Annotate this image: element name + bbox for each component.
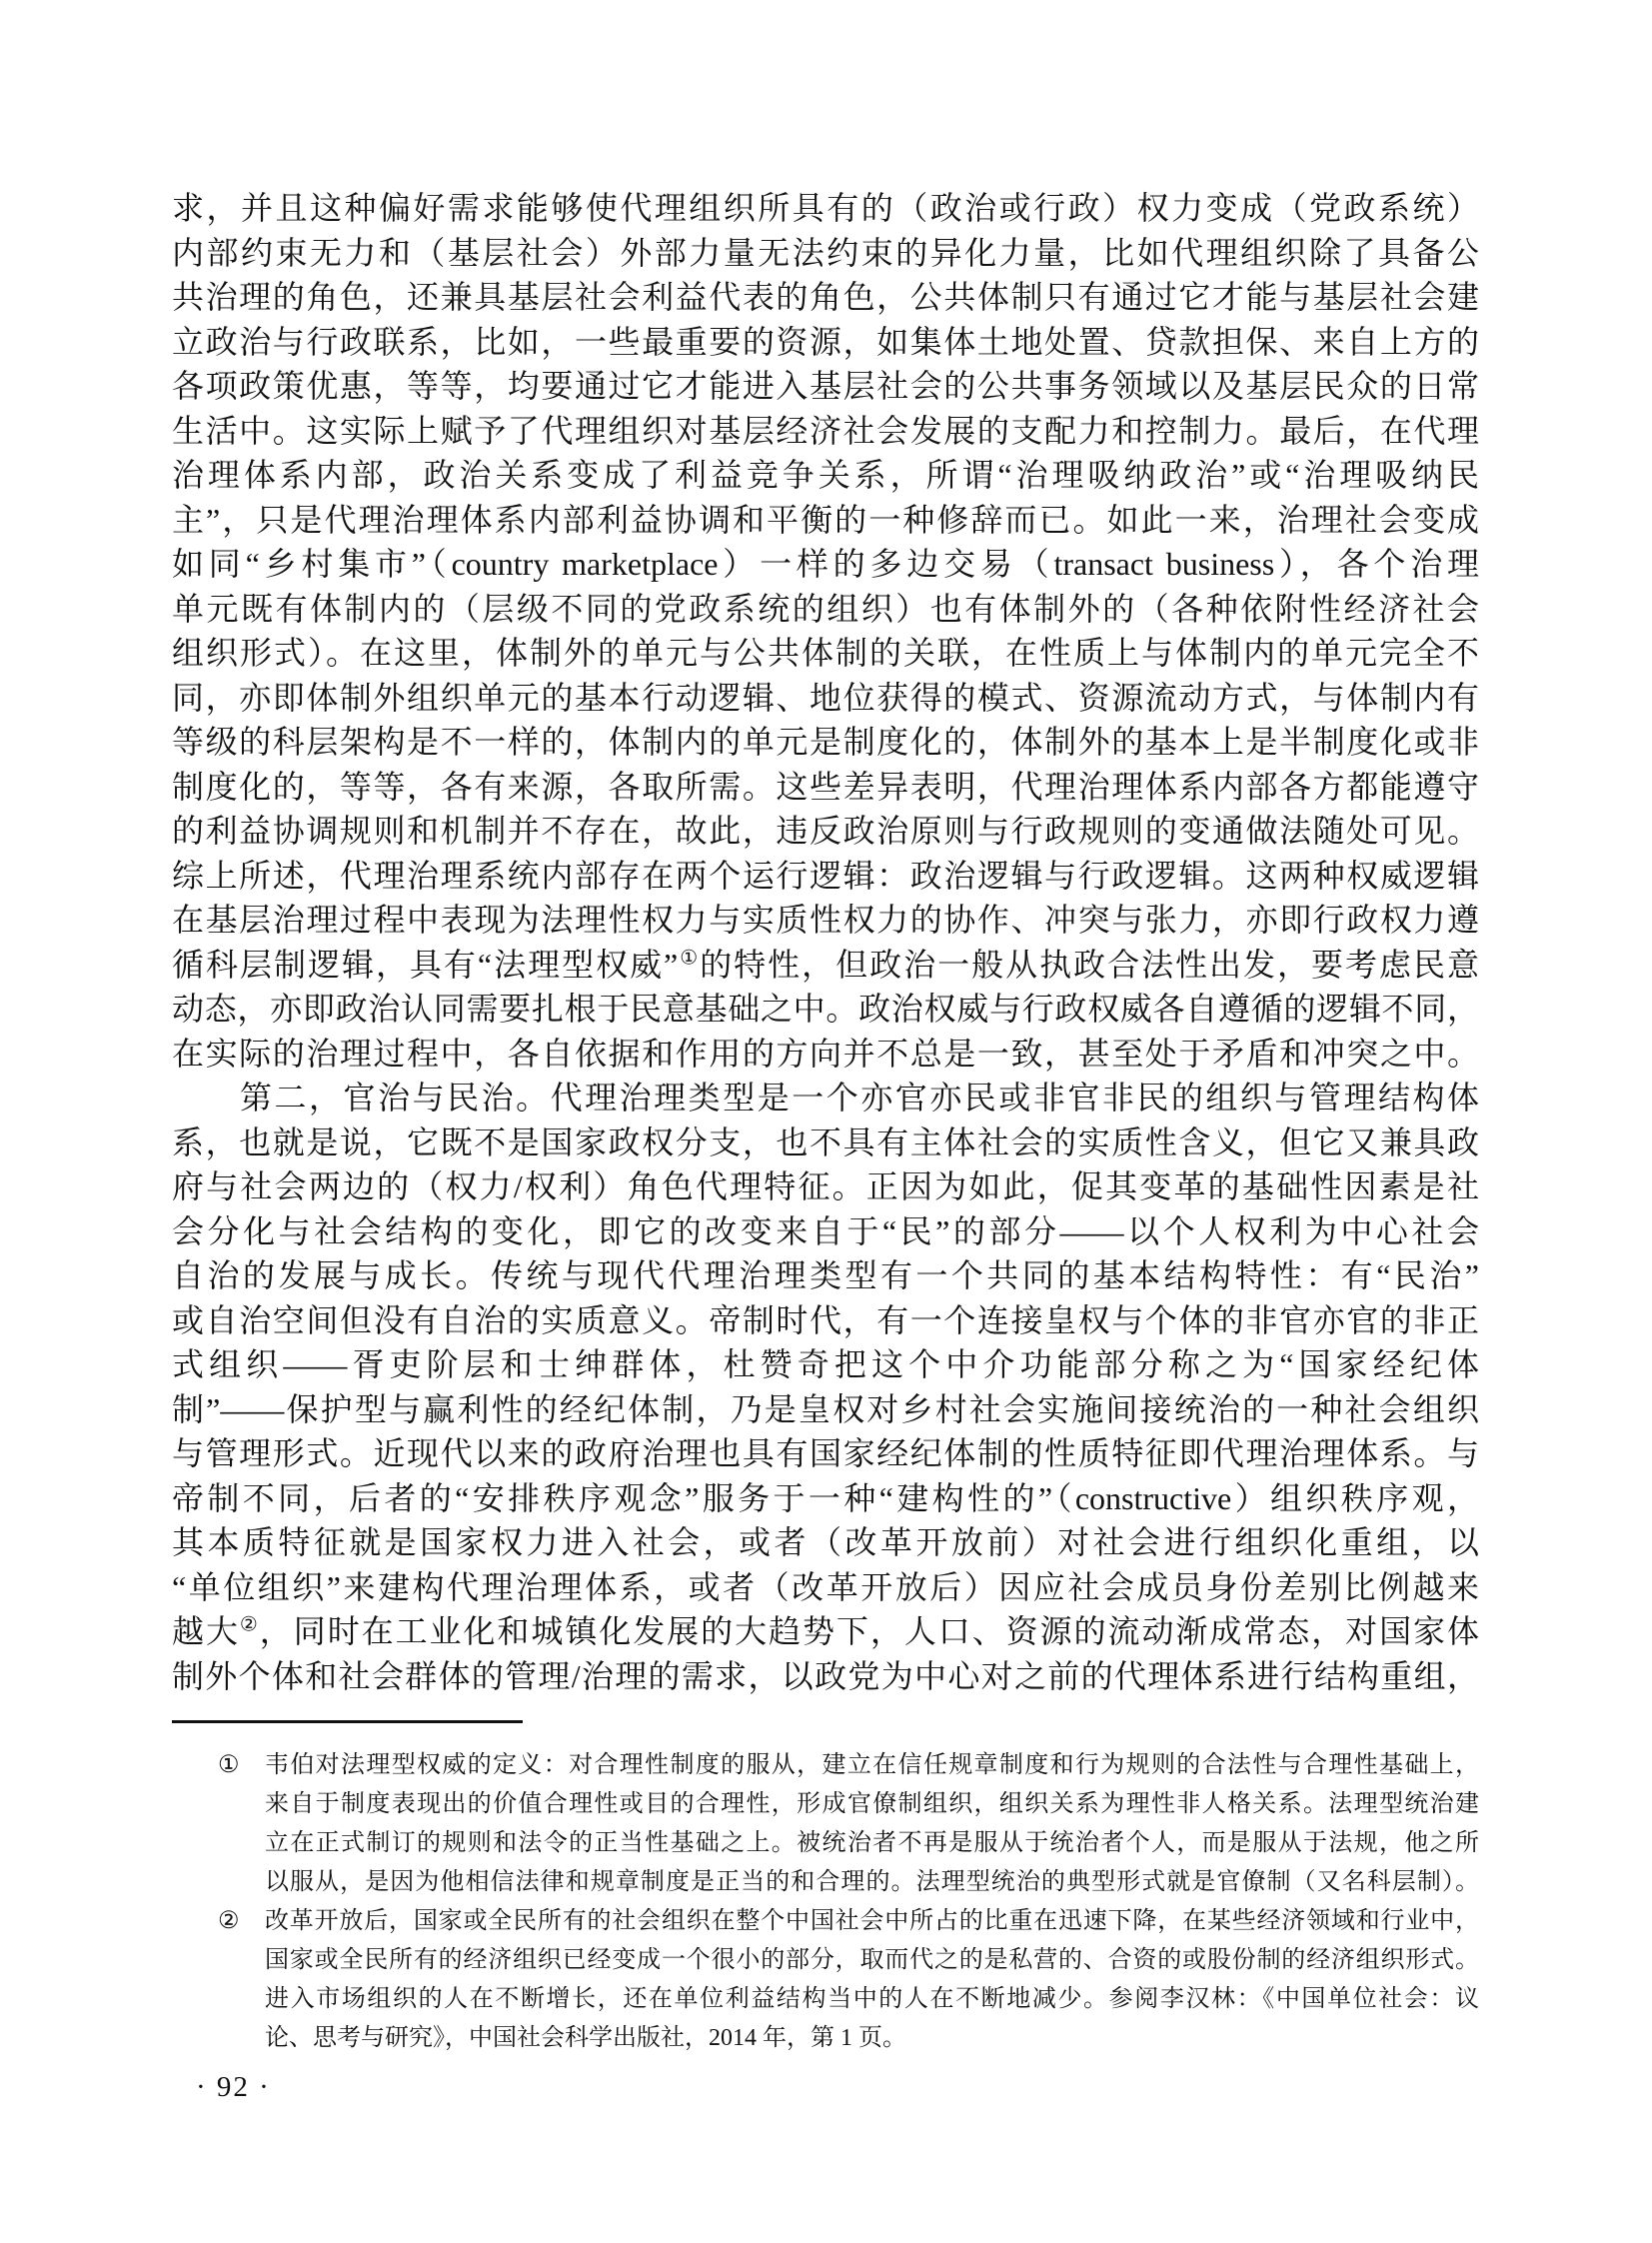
- body-line: 制度化的，等等，各有来源，各取所需。这些差异表明，代理治理体系内部各方都能遵守: [172, 765, 1479, 810]
- footnote-reference-mark: ②: [240, 1613, 260, 1635]
- body-line-text: ，同时在工业化和城镇化发展的大趋势下，人口、资源的流动渐成常态，对国家体: [260, 1613, 1479, 1649]
- body-line: 如同“乡村集市”（country marketplace）一样的多边交易（tra…: [172, 542, 1479, 587]
- body-line-text: 循科层制逻辑，具有“法理型权威”: [172, 947, 678, 983]
- body-line-text: 制度化的，等等，各有来源，各取所需。这些差异表明，代理治理体系内部各方都能遵守: [172, 769, 1479, 805]
- body-line-text: 或自治空间但没有自治的实质意义。帝制时代，有一个连接皇权与个体的非官亦官的非正: [172, 1302, 1479, 1338]
- body-line-text: 在实际的治理过程中，各自依据和作用的方向并不总是一致，甚至处于矛盾和冲突之中。: [172, 1036, 1479, 1072]
- body-line: 其本质特征就是国家权力进入社会，或者（改革开放前）对社会进行组织化重组，以: [172, 1520, 1479, 1565]
- body-line-text: 组织形式）。在这里，体制外的单元与公共体制的关联，在性质上与体制内的单元完全不: [172, 635, 1479, 671]
- footnote-lines: 韦伯对法理型权威的定义：对合理性制度的服从，建立在信任规章制度和行为规则的合法性…: [265, 1746, 1479, 1902]
- body-line: 式组织——胥吏阶层和士绅群体，杜赞奇把这个中介功能部分称之为“国家经纪体: [172, 1342, 1479, 1387]
- body-line-text: 主”，只是代理治理体系内部利益协调和平衡的一种修辞而已。如此一来，治理社会变成: [172, 502, 1479, 538]
- footnote-lines: 改革开放后，国家或全民所有的社会组织在整个中国社会中所占的比重在迅速下降，在某些…: [265, 1902, 1479, 2058]
- footnote-line: 国家或全民所有的经济组织已经变成一个很小的部分，取而代之的是私营的、合资的或股份…: [265, 1941, 1479, 1980]
- body-line: 动态，亦即政治认同需要扎根于民意基础之中。政治权威与行政权威各自遵循的逻辑不同，: [172, 987, 1479, 1032]
- body-line: 与管理形式。近现代以来的政府治理也具有国家经纪体制的性质特征即代理治理体系。与: [172, 1431, 1479, 1476]
- body-line: 综上所述，代理治理系统内部存在两个运行逻辑：政治逻辑与行政逻辑。这两种权威逻辑: [172, 854, 1479, 899]
- footnote-marker: ②: [218, 1902, 265, 2058]
- body-line-text: 系，也就是说，它既不是国家政权分支，也不具有主体社会的实质性含义，但它又兼具政: [172, 1124, 1479, 1160]
- body-line: 主”，只是代理治理体系内部利益协调和平衡的一种修辞而已。如此一来，治理社会变成: [172, 498, 1479, 543]
- body-line: 立政治与行政联系，比如，一些最重要的资源，如集体土地处置、贷款担保、来自上方的: [172, 320, 1479, 365]
- body-line-text: 同，亦即体制外组织单元的基本行动逻辑、地位获得的模式、资源流动方式，与体制内有: [172, 680, 1479, 716]
- body-line: 系，也就是说，它既不是国家政权分支，也不具有主体社会的实质性含义，但它又兼具政: [172, 1121, 1479, 1165]
- footnote-line: 进入市场组织的人在不断增长，还在单位利益结构当中的人在不断地减少。参阅李汉林：《…: [265, 1980, 1479, 2019]
- body-line-text: 综上所述，代理治理系统内部存在两个运行逻辑：政治逻辑与行政逻辑。这两种权威逻辑: [172, 858, 1479, 894]
- body-line-text: 制”——保护型与赢利性的经纪体制，乃是皇权对乡村社会实施间接统治的一种社会组织: [172, 1391, 1479, 1427]
- body-line-text: 治理体系内部，政治关系变成了利益竞争关系，所谓“治理吸纳政治”或“治理吸纳民: [172, 457, 1479, 493]
- body-line-text: 内部约束无力和（基层社会）外部力量无法约束的异化力量，比如代理组织除了具备公: [172, 235, 1479, 271]
- footnote-marker: ①: [218, 1746, 265, 1902]
- body-line: 同，亦即体制外组织单元的基本行动逻辑、地位获得的模式、资源流动方式，与体制内有: [172, 676, 1479, 721]
- body-line: 制”——保护型与赢利性的经纪体制，乃是皇权对乡村社会实施间接统治的一种社会组织: [172, 1387, 1479, 1432]
- body-line: 内部约束无力和（基层社会）外部力量无法约束的异化力量，比如代理组织除了具备公: [172, 231, 1479, 276]
- body-line-text: 生活中。这实际上赋予了代理组织对基层经济社会发展的支配力和控制力。最后，在代理: [172, 413, 1479, 449]
- body-line-text: 的利益协调规则和机制并不存在，故此，违反政治原则与行政规则的变通做法随处可见。: [172, 813, 1479, 849]
- body-line-text: 帝制不同，后者的“安排秩序观念”服务于一种“建构性的”（constructive…: [172, 1480, 1479, 1516]
- body-line: 或自治空间但没有自治的实质意义。帝制时代，有一个连接皇权与个体的非官亦官的非正: [172, 1298, 1479, 1343]
- body-line: 帝制不同，后者的“安排秩序观念”服务于一种“建构性的”（constructive…: [172, 1476, 1479, 1521]
- page-number: · 92 ·: [196, 2071, 271, 2104]
- body-line-text: 单元既有体制内的（层级不同的党政系统的组织）也有体制外的（各种依附性经济社会: [172, 591, 1479, 627]
- body-line: “单位组织”来建构代理治理体系，或者（改革开放后）因应社会成员身份差别比例越来: [172, 1565, 1479, 1610]
- body-line: 循科层制逻辑，具有“法理型权威”①的特性，但政治一般从执政合法性出发，要考虑民意: [172, 943, 1479, 988]
- footnote-line: 改革开放后，国家或全民所有的社会组织在整个中国社会中所占的比重在迅速下降，在某些…: [265, 1902, 1479, 1941]
- footnote: ①韦伯对法理型权威的定义：对合理性制度的服从，建立在信任规章制度和行为规则的合法…: [218, 1746, 1479, 1902]
- body-line: 在基层治理过程中表现为法理性权力与实质性权力的协作、冲突与张力，亦即行政权力遵: [172, 898, 1479, 943]
- document-page: 求，并且这种偏好需求能够使代理组织所具有的（政治或行政）权力变成（党政系统）内部…: [0, 0, 1652, 2243]
- body-line-text: 求，并且这种偏好需求能够使代理组织所具有的（政治或行政）权力变成（党政系统）: [172, 190, 1479, 226]
- body-line-text: 制外个体和社会群体的管理/治理的需求，以政党为中心对之前的代理体系进行结构重组，: [172, 1658, 1479, 1694]
- footnote-line: 论、思考与研究》，中国社会科学出版社，2014 年，第 1 页。: [265, 2019, 1479, 2058]
- body-line: 的利益协调规则和机制并不存在，故此，违反政治原则与行政规则的变通做法随处可见。: [172, 809, 1479, 854]
- body-line-text: 各项政策优惠，等等，均要通过它才能进入基层社会的公共事务领域以及基层民众的日常: [172, 368, 1479, 404]
- body-line-text: 其本质特征就是国家权力进入社会，或者（改革开放前）对社会进行组织化重组，以: [172, 1524, 1479, 1560]
- body-line: 治理体系内部，政治关系变成了利益竞争关系，所谓“治理吸纳政治”或“治理吸纳民: [172, 453, 1479, 498]
- body-line-text: 与管理形式。近现代以来的政府治理也具有国家经纪体制的性质特征即代理治理体系。与: [172, 1435, 1479, 1471]
- body-line-text: 式组织——胥吏阶层和士绅群体，杜赞奇把这个中介功能部分称之为“国家经纪体: [172, 1346, 1479, 1382]
- footnote-line: 以服从，是因为他相信法律和规章制度是正当的和合理的。法理型统治的典型形式就是官僚…: [265, 1863, 1479, 1902]
- footnote-line: 来自于制度表现出的价值合理性或目的合理性，形成官僚制组织，组织关系为理性非人格关…: [265, 1785, 1479, 1824]
- body-line-text: 等级的科层架构是不一样的，体制内的单元是制度化的，体制外的基本上是半制度化或非: [172, 724, 1479, 760]
- body-line-text: 会分化与社会结构的变化，即它的改变来自于“民”的部分——以个人权利为中心社会: [172, 1213, 1479, 1249]
- body-line-text: 动态，亦即政治认同需要扎根于民意基础之中。政治权威与行政权威各自遵循的逻辑不同，: [172, 991, 1479, 1027]
- body-line: 自治的发展与成长。传统与现代代理治理类型有一个共同的基本结构特性：有“民治”: [172, 1253, 1479, 1298]
- body-line-text: 如同“乡村集市”（country marketplace）一样的多边交易（tra…: [172, 546, 1479, 582]
- body-line-text: 越大: [172, 1613, 240, 1649]
- footnote-reference-mark: ①: [678, 947, 700, 969]
- body-line: 越大②，同时在工业化和城镇化发展的大趋势下，人口、资源的流动渐成常态，对国家体: [172, 1609, 1479, 1654]
- footnote-line: 韦伯对法理型权威的定义：对合理性制度的服从，建立在信任规章制度和行为规则的合法性…: [265, 1746, 1479, 1785]
- body-line-text: 共治理的角色，还兼具基层社会利益代表的角色，公共体制只有通过它才能与基层社会建: [172, 279, 1479, 315]
- body-line-text: 自治的发展与成长。传统与现代代理治理类型有一个共同的基本结构特性：有“民治”: [172, 1257, 1479, 1293]
- body-line: 单元既有体制内的（层级不同的党政系统的组织）也有体制外的（各种依附性经济社会: [172, 587, 1479, 632]
- body-line-text: “单位组织”来建构代理治理体系，或者（改革开放后）因应社会成员身份差别比例越来: [172, 1569, 1479, 1605]
- body-text-block: 求，并且这种偏好需求能够使代理组织所具有的（政治或行政）权力变成（党政系统）内部…: [172, 186, 1479, 1698]
- body-line: 等级的科层架构是不一样的，体制内的单元是制度化的，体制外的基本上是半制度化或非: [172, 720, 1479, 765]
- body-line-text: 立政治与行政联系，比如，一些最重要的资源，如集体土地处置、贷款担保、来自上方的: [172, 324, 1479, 360]
- body-line: 生活中。这实际上赋予了代理组织对基层经济社会发展的支配力和控制力。最后，在代理: [172, 409, 1479, 454]
- body-line-text: 第二，官治与民治。代理治理类型是一个亦官亦民或非官非民的组织与管理结构体: [240, 1080, 1479, 1116]
- footnote-line: 立在正式制订的规则和法令的正当性基础之上。被统治者不再是服从于统治者个人，而是服…: [265, 1824, 1479, 1863]
- body-line: 会分化与社会结构的变化，即它的改变来自于“民”的部分——以个人权利为中心社会: [172, 1209, 1479, 1254]
- footnote: ②改革开放后，国家或全民所有的社会组织在整个中国社会中所占的比重在迅速下降，在某…: [218, 1902, 1479, 2058]
- body-line: 组织形式）。在这里，体制外的单元与公共体制的关联，在性质上与体制内的单元完全不: [172, 631, 1479, 676]
- body-line-text: 府与社会两边的（权力/权利）角色代理特征。正因为如此，促其变革的基础性因素是社: [172, 1168, 1479, 1204]
- body-line-text: 在基层治理过程中表现为法理性权力与实质性权力的协作、冲突与张力，亦即行政权力遵: [172, 902, 1479, 938]
- body-line: 各项政策优惠，等等，均要通过它才能进入基层社会的公共事务领域以及基层民众的日常: [172, 364, 1479, 409]
- footnotes-section: ①韦伯对法理型权威的定义：对合理性制度的服从，建立在信任规章制度和行为规则的合法…: [218, 1746, 1479, 2058]
- footnote-separator: [172, 1720, 523, 1723]
- body-line: 共治理的角色，还兼具基层社会利益代表的角色，公共体制只有通过它才能与基层社会建: [172, 275, 1479, 320]
- body-line: 制外个体和社会群体的管理/治理的需求，以政党为中心对之前的代理体系进行结构重组，: [172, 1654, 1479, 1699]
- body-line: 第二，官治与民治。代理治理类型是一个亦官亦民或非官非民的组织与管理结构体: [172, 1076, 1479, 1121]
- body-line: 求，并且这种偏好需求能够使代理组织所具有的（政治或行政）权力变成（党政系统）: [172, 186, 1479, 231]
- body-line-text: 的特性，但政治一般从执政合法性出发，要考虑民意: [700, 947, 1479, 983]
- body-line: 府与社会两边的（权力/权利）角色代理特征。正因为如此，促其变革的基础性因素是社: [172, 1164, 1479, 1209]
- body-line: 在实际的治理过程中，各自依据和作用的方向并不总是一致，甚至处于矛盾和冲突之中。: [172, 1032, 1479, 1077]
